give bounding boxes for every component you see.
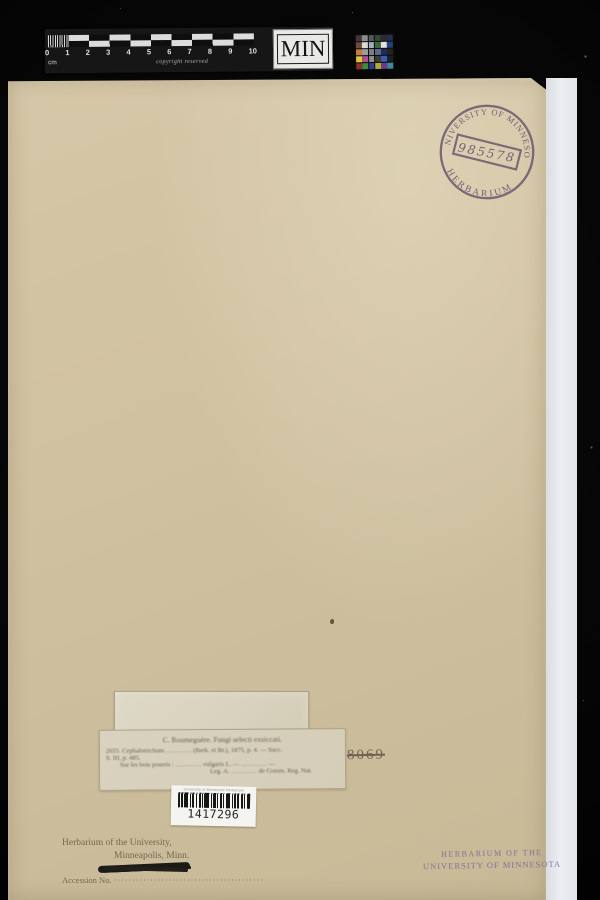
color-swatch	[362, 49, 368, 55]
accession-block: Herbarium of the University, Minneapolis…	[62, 838, 252, 885]
color-calibration-chart	[354, 33, 396, 72]
stamp-arc-bottom-text: HERBARIUM	[440, 166, 517, 207]
color-swatch	[368, 35, 374, 41]
crossed-out-number	[98, 862, 252, 874]
ruler-tick-label: 2	[86, 48, 90, 57]
color-swatch	[362, 42, 368, 49]
accession-label: Accession No.	[62, 875, 112, 885]
color-swatch	[369, 56, 375, 63]
color-swatch	[387, 48, 393, 54]
color-swatch	[375, 56, 381, 63]
color-swatch	[356, 56, 362, 63]
herbarium-of-university-text: Herbarium of the University,	[62, 838, 252, 848]
color-swatch	[381, 49, 387, 55]
ruler-tick-label: 3	[106, 48, 110, 57]
color-swatch	[381, 55, 387, 62]
color-swatch	[356, 42, 362, 49]
ruler-tick-label: 5	[147, 47, 151, 56]
barcode-number: 1417296	[187, 807, 239, 821]
color-swatch	[381, 62, 387, 69]
color-swatch	[381, 42, 387, 49]
minneapolis-text: Minneapolis, Minn.	[114, 851, 252, 861]
ruler-tick-label: 1	[65, 48, 69, 57]
color-swatch	[381, 35, 387, 41]
accession-dotted-line: ········································…	[114, 876, 264, 885]
barcode-label: University of Minnesota Herbarium 141729…	[171, 785, 257, 827]
color-swatch	[362, 63, 368, 70]
specimen-label-line: Leg. A. ………… de Comm. Reg. Nat.	[106, 767, 339, 776]
specimen-label-lines: C. Roumeguère. Fungi selecti exsiccati.2…	[106, 734, 339, 776]
color-chart-grid	[356, 35, 394, 70]
ruler-tick-label: 4	[126, 48, 130, 57]
ruler-tick-label: 7	[187, 47, 191, 56]
bottom-stamp-line1: HERBARIUM OF THE	[412, 848, 572, 860]
color-swatch	[362, 35, 368, 41]
ruler-tick-label: 6	[167, 47, 171, 56]
millimeter-hatch	[48, 35, 69, 47]
color-swatch	[356, 49, 362, 55]
color-swatch	[356, 63, 362, 70]
color-swatch	[387, 35, 393, 41]
institution-code-label: MIN	[273, 29, 333, 70]
institution-code-text: MIN	[277, 34, 330, 64]
color-swatch	[387, 55, 393, 62]
scale-bar-blocks: 012345678910 cm copyright reserved	[48, 27, 270, 73]
color-swatch	[375, 42, 381, 49]
herbarium-scan-background: 012345678910 cm copyright reserved MIN U…	[0, 0, 600, 900]
ruler-tick-label: 0	[45, 48, 49, 57]
old-number-stamp: 8069	[347, 747, 385, 765]
color-swatch	[368, 49, 374, 55]
color-swatch	[375, 62, 381, 69]
copyright-text: copyright reserved	[156, 59, 208, 65]
svg-text:HERBARIUM: HERBARIUM	[440, 166, 517, 207]
ruler-tick-label: 10	[249, 46, 257, 55]
bottom-herbarium-stamp: HERBARIUM OF THE UNIVERSITY OF MINNESOTA	[412, 848, 572, 872]
scale-bar: 012345678910 cm copyright reserved MIN	[45, 27, 333, 74]
color-swatch	[356, 35, 362, 41]
ruler-tick-labels: 012345678910	[45, 46, 257, 57]
accession-number-line: Accession No. ··························…	[62, 875, 252, 885]
ruler-tick-label: 9	[228, 47, 232, 56]
ruler-tick-label: 8	[208, 47, 212, 56]
color-swatch	[374, 35, 380, 41]
ruler-unit-label: cm	[48, 59, 57, 66]
color-swatch	[387, 42, 393, 49]
color-swatch	[387, 62, 393, 69]
sheet-edge-strip	[546, 78, 577, 900]
color-swatch	[362, 56, 368, 63]
debris-speck	[330, 619, 334, 624]
specimen-label: C. Roumeguère. Fungi selecti exsiccati.2…	[99, 728, 346, 791]
specimen-label-line: C. Roumeguère. Fungi selecti exsiccati.	[106, 734, 339, 745]
color-swatch	[375, 49, 381, 55]
color-swatch	[368, 42, 374, 49]
color-swatch	[369, 63, 375, 70]
dust-specks	[0, 0, 1, 1]
